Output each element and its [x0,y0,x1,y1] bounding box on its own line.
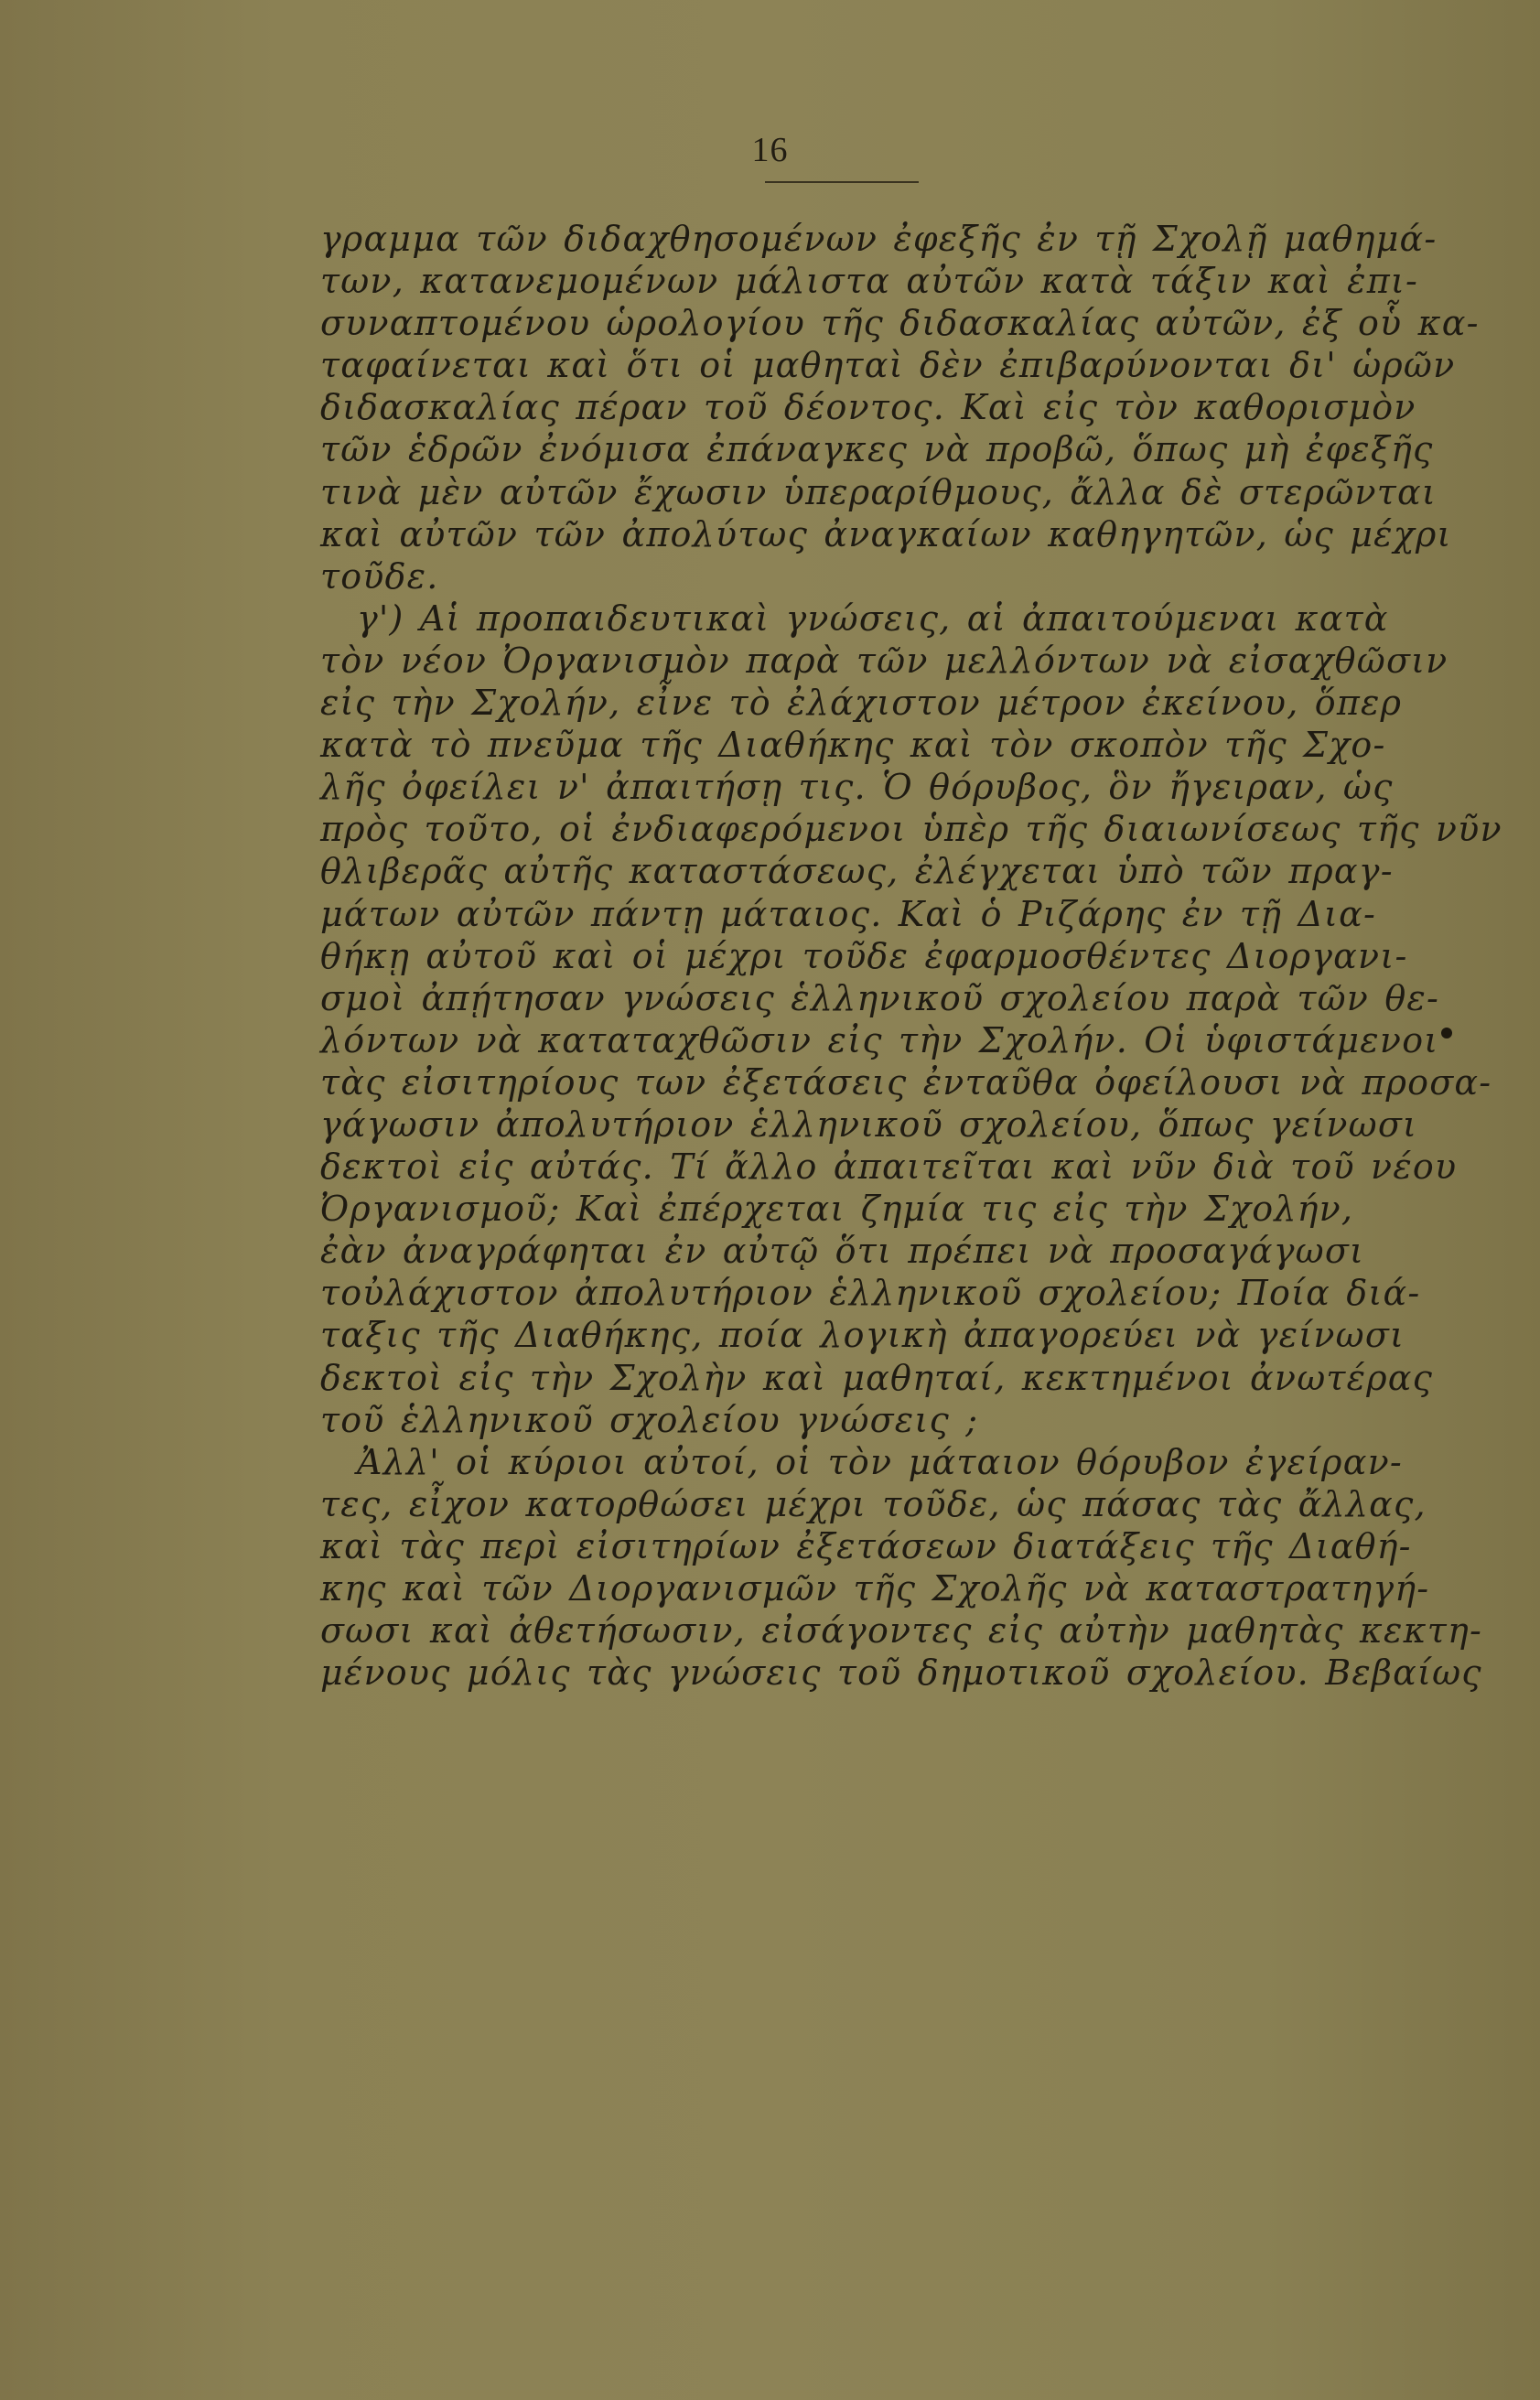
text-line: λῆς ὀφείλει ν' ἀπαιτήσῃ τις. Ὁ θόρυβος, … [320,766,1338,808]
text-line: εἰς τὴν Σχολήν, εἶνε τὸ ἐλάχιστον μέτρον… [320,682,1338,724]
text-line: τὰς εἰσιτηρίους των ἐξετάσεις ἐνταῦθα ὀφ… [320,1061,1338,1103]
text-line: καὶ αὐτῶν τῶν ἀπολύτως ἀναγκαίων καθηγητ… [320,513,1338,555]
text-line: ταξις τῆς Διαθήκης, ποία λογικὴ ἀπαγορεύ… [320,1314,1338,1356]
text-line: μάτων αὐτῶν πάντῃ μάταιος. Καὶ ὁ Ριζάρης… [320,893,1338,935]
text-line: σμοὶ ἀπῄτησαν γνώσεις ἑλληνικοῦ σχολείου… [320,977,1338,1019]
text-line: τὸν νέον Ὀργανισμὸν παρὰ τῶν μελλόντων ν… [320,640,1338,682]
page-number: 16 [0,130,1540,170]
paragraph-start-line: Ἀλλ' οἱ κύριοι αὐτοί, οἱ τὸν μάταιον θόρ… [320,1441,1338,1483]
paragraph-end-line: τοῦδε. [320,555,1338,597]
text-line: δεκτοὶ εἰς τὴν Σχολὴν καὶ μαθηταί, κεκτη… [320,1357,1338,1399]
page-number-rule [765,181,919,183]
paragraph-end-line: τοῦ ἑλληνικοῦ σχολείου γνώσεις ; [320,1399,1338,1441]
paragraph-start-line: γ') Αἱ προπαιδευτικαὶ γνώσεις, αἱ ἀπαιτο… [320,597,1338,640]
text-line: καὶ τὰς περὶ εἰσιτηρίων ἐξετάσεων διατάξ… [320,1525,1338,1567]
body-text: γραμμα τῶν διδαχθησομένων ἐφεξῆς ἐν τῇ Σ… [320,218,1338,1694]
text-line: ἐὰν ἀναγράφηται ἐν αὐτῷ ὅτι πρέπει νὰ πρ… [320,1230,1338,1272]
text-line: τῶν ἑδρῶν ἐνόμισα ἐπάναγκες νὰ προβῶ, ὅπ… [320,428,1338,470]
text-line: γραμμα τῶν διδαχθησομένων ἐφεξῆς ἐν τῇ Σ… [320,218,1338,260]
text-line: θλιβερᾶς αὐτῆς καταστάσεως, ἐλέγχεται ὑπ… [320,850,1338,892]
text-line: δεκτοὶ εἰς αὐτάς. Τί ἄλλο ἀπαιτεῖται καὶ… [320,1146,1338,1188]
text-line: λόντων νὰ καταταχθῶσιν εἰς τὴν Σχολήν. Ο… [320,1019,1338,1061]
ink-speck-mark [1441,1028,1452,1039]
text-line: τες, εἶχον κατορθώσει μέχρι τοῦδε, ὡς πά… [320,1483,1338,1525]
text-line: συναπτομένου ὡρολογίου τῆς διδασκαλίας α… [320,302,1338,344]
text-line: τοὐλάχιστον ἀπολυτήριον ἑλληνικοῦ σχολεί… [320,1272,1338,1314]
scanned-book-page: 16 γραμμα τῶν διδαχθησομένων ἐφεξῆς ἐν τ… [0,0,1540,2400]
text-line: Ὀργανισμοῦ; Καὶ ἐπέρχεται ζημία τις εἰς … [320,1188,1338,1230]
text-line: πρὸς τοῦτο, οἱ ἐνδιαφερόμενοι ὑπὲρ τῆς δ… [320,808,1338,850]
text-line: των, κατανεμομένων μάλιστα αὐτῶν κατὰ τά… [320,260,1338,302]
text-line: γάγωσιν ἀπολυτήριον ἑλληνικοῦ σχολείου, … [320,1103,1338,1146]
text-line: ταφαίνεται καὶ ὅτι οἱ μαθηταὶ δὲν ἐπιβαρ… [320,344,1338,386]
text-line: θήκῃ αὐτοῦ καὶ οἱ μέχρι τοῦδε ἐφαρμοσθέν… [320,935,1338,977]
text-line: διδασκαλίας πέραν τοῦ δέοντος. Καὶ εἰς τ… [320,386,1338,428]
text-line: τινὰ μὲν αὐτῶν ἔχωσιν ὑπεραρίθμους, ἄλλα… [320,471,1338,513]
text-line: κατὰ τὸ πνεῦμα τῆς Διαθήκης καὶ τὸν σκοπ… [320,724,1338,766]
text-line: σωσι καὶ ἀθετήσωσιν, εἰσάγοντες εἰς αὐτὴ… [320,1609,1338,1652]
text-line: μένους μόλις τὰς γνώσεις τοῦ δημοτικοῦ σ… [320,1652,1338,1694]
text-line: κης καὶ τῶν Διοργανισμῶν τῆς Σχολῆς νὰ κ… [320,1567,1338,1609]
